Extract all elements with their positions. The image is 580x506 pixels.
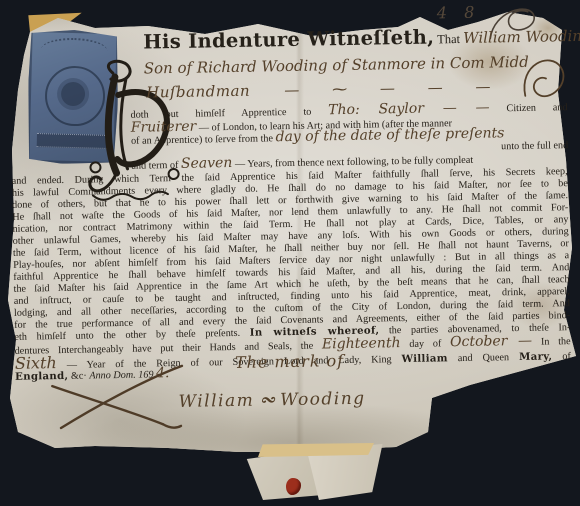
signature-line: William 𝆗 Wooding [178, 381, 366, 415]
day-handwritten: Eighteenth [322, 335, 401, 352]
pen-paraph-icon [518, 47, 574, 106]
mark-label-handwritten: The mark of [235, 351, 345, 372]
gothic-title: His Indenture Witneſſeth, [143, 25, 434, 53]
document-text-layer: 4 8 His Indenture Witneſſeth, That Willi… [0, 0, 580, 506]
handwritten-dashes: — ⁓ — — — [254, 77, 504, 99]
gothic-king-name: William [401, 352, 447, 365]
signature-surname: Wooding [280, 389, 366, 410]
corner-number-annotation: 4 8 [437, 3, 481, 23]
master-name-handwritten: Tho: Saylor — — [328, 99, 490, 118]
apprentice-mark: 𝆗 [260, 382, 275, 412]
apprentice-name-handwritten: William Wooding [463, 27, 580, 47]
term-years-handwritten: Seaven [181, 155, 233, 172]
trade-line-handwritten: Huſbandman — ⁓ — — — [146, 77, 505, 102]
document-photo: 4 8 His Indenture Witneſſeth, That Willi… [0, 0, 580, 506]
gothic-queen-name: Mary, [519, 350, 552, 363]
cross-flourish-icon [44, 350, 190, 438]
that-word: That [437, 32, 460, 46]
title-line: His Indenture Witneſſeth, That William W… [143, 29, 580, 51]
month-handwritten: October — [450, 333, 532, 350]
signature-first-name: William [178, 391, 254, 412]
origin-line-handwritten: Son of Richard Wooding of Stanmore in Co… [144, 53, 529, 78]
